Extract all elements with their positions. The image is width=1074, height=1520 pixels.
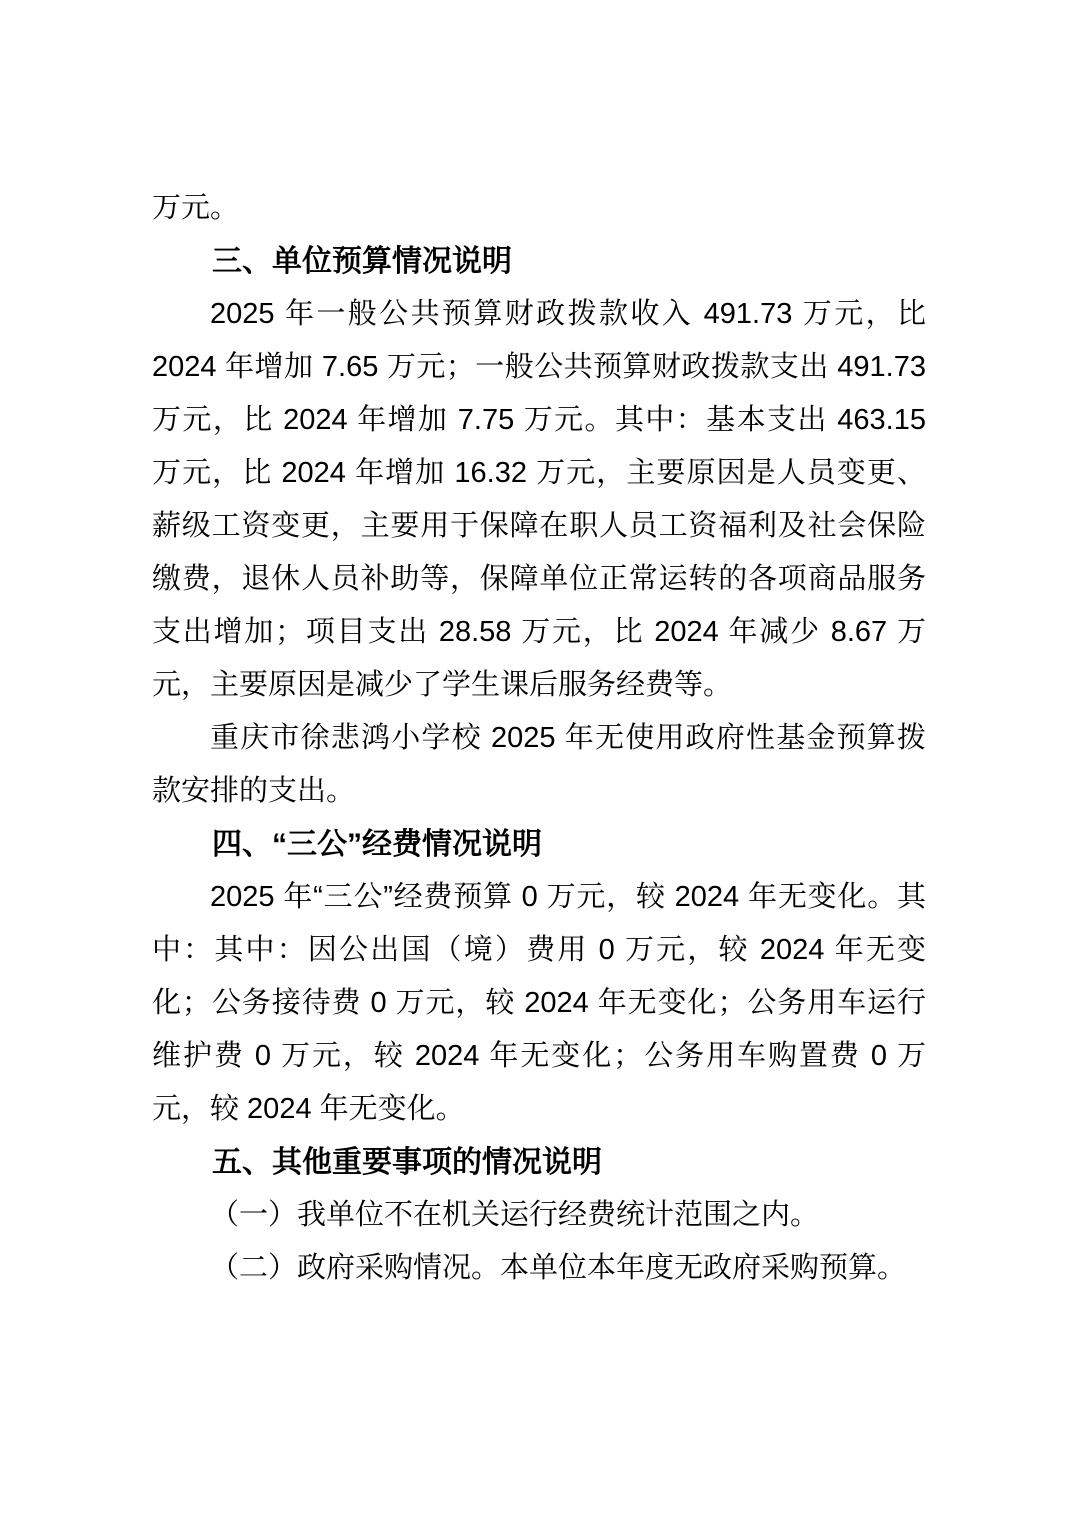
document-body: 万元。 三、单位预算情况说明 2025 年一般公共预算财政拨款收入 491.73…: [152, 182, 926, 1295]
section-heading-3-unit-budget: 三、单位预算情况说明: [152, 235, 926, 288]
section-heading-5-other-important-matters: 五、其他重要事项的情况说明: [152, 1136, 926, 1189]
section-heading-4-three-public-expenses: 四、“三公”经费情况说明: [152, 818, 926, 871]
paragraph-three-public-expenses: 2025 年“三公”经费预算 0 万元，较 2024 年无变化。其中：其中：因公…: [152, 871, 926, 1136]
paragraph-government-fund: 重庆市徐悲鸿小学校 2025 年无使用政府性基金预算拨款安排的支出。: [152, 712, 926, 818]
paragraph-item-1-operating-expense-scope: （一）我单位不在机关运行经费统计范围之内。: [152, 1189, 926, 1242]
paragraph-continued-from-previous-page: 万元。: [152, 182, 926, 235]
paragraph-budget-overview: 2025 年一般公共预算财政拨款收入 491.73 万元，比 2024 年增加 …: [152, 288, 926, 712]
document-page: 万元。 三、单位预算情况说明 2025 年一般公共预算财政拨款收入 491.73…: [0, 0, 1074, 1520]
paragraph-item-2-government-procurement: （二）政府采购情况。本单位本年度无政府采购预算。: [152, 1242, 926, 1295]
